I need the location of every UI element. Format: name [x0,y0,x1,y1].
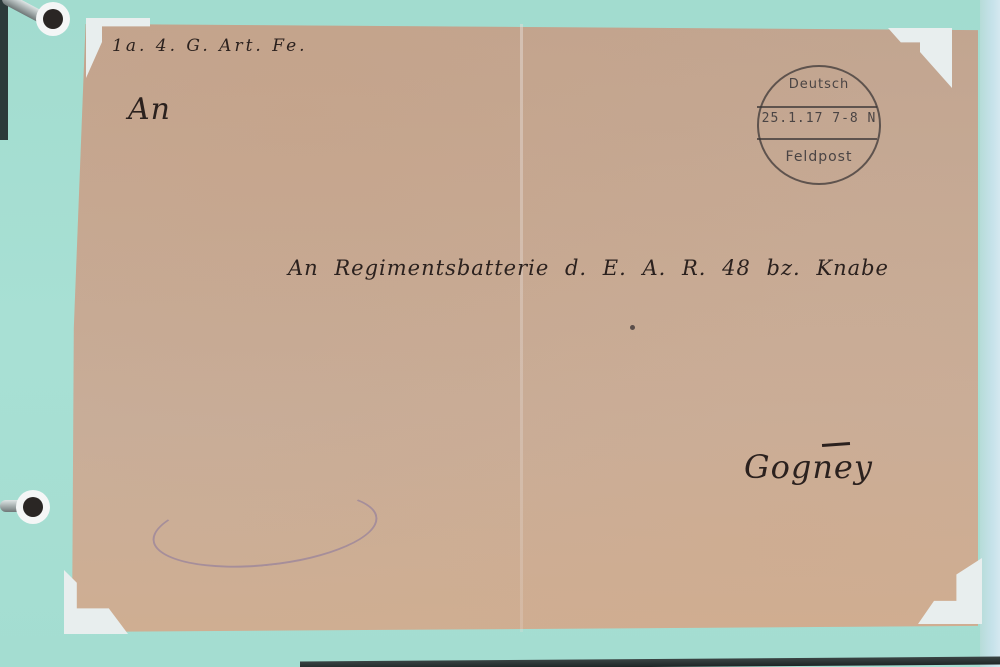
postmark-bottom-text: Feldpost [759,149,879,165]
postmark-top-text: Deutsch [759,77,879,92]
postmark-date: 25.1.17 7-8 N [759,111,879,126]
paper-speck [630,325,635,330]
ring-hole-bottom [16,490,50,524]
envelope-fold-line [520,24,523,632]
feldpost-postmark: Deutsch 25.1.17 7-8 N Feldpost [757,65,881,185]
sender-unit-line: 1a. 4. G. Art. Fe. [112,36,308,56]
recipient-place: Gogney [744,448,873,486]
ring-hole-top [36,2,70,36]
address-line: An Regimentsbatterie d. E. A. R. 48 bz. … [288,256,889,280]
handwritten-an: An [128,92,171,127]
binder-spine [0,0,8,140]
album-page-edge [980,0,1000,667]
